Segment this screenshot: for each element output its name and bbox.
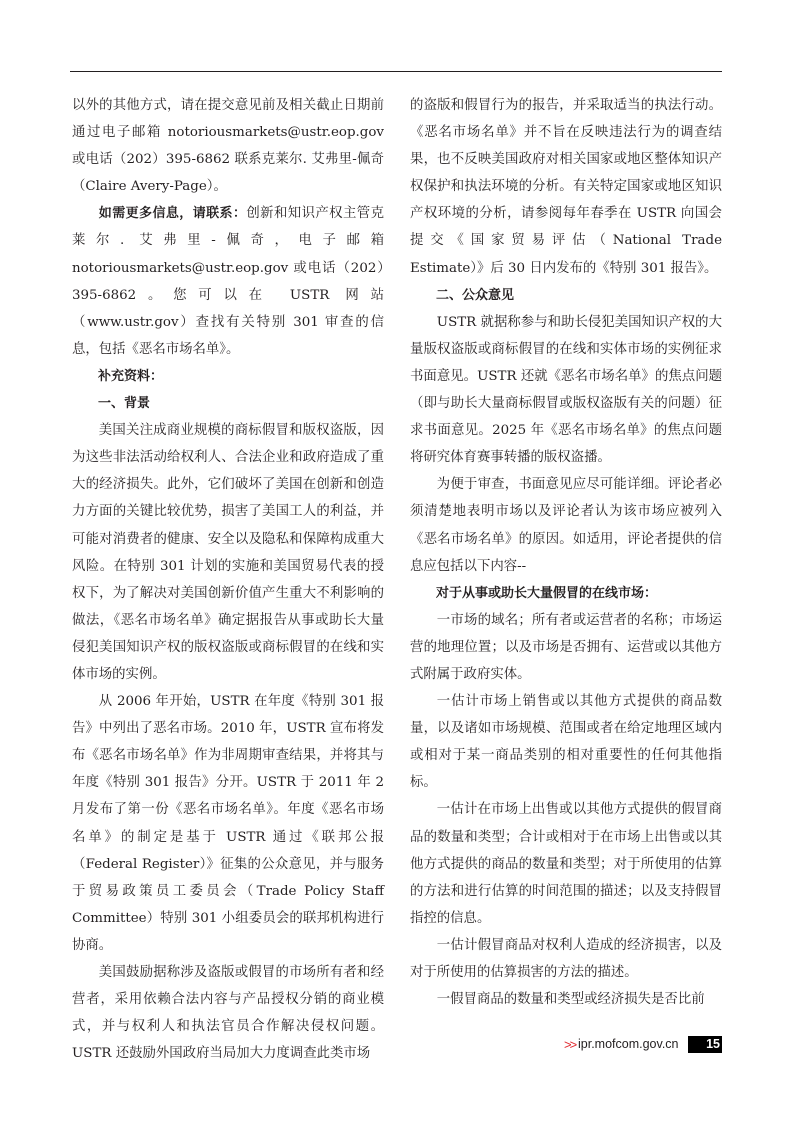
section-heading-public-comments: 二、公众意见 <box>410 282 722 309</box>
page-footer: >> ipr.mofcom.gov.cn 15 <box>0 1036 794 1053</box>
paragraph: 为便于审查，书面意见应尽可能详细。评论者必须清楚地表明市场以及评论者认为该市场应… <box>410 471 722 579</box>
contact-paragraph: 如需更多信息，请联系：创新和知识产权主管克莱尔. 艾弗里-佩奇，电子邮箱 not… <box>72 200 384 363</box>
paragraph: 的盗版和假冒行为的报告，并采取适当的执法行动。《恶名市场名单》并不旨在反映违法行… <box>410 92 722 282</box>
paragraph: 以外的其他方式，请在提交意见前及相关截止日期前通过电子邮箱 notoriousm… <box>72 92 384 200</box>
section-heading-supplement: 补充资料： <box>72 363 384 390</box>
section-heading-background: 一、背景 <box>72 390 384 417</box>
list-item: 一估计假冒商品对权利人造成的经济损害，以及对于所使用的估算损害的方法的描述。 <box>410 932 722 986</box>
header-rule <box>70 71 722 72</box>
paragraph: 美国关注成商业规模的商标假冒和版权盗版，因为这些非法活动给权利人、合法企业和政府… <box>72 417 384 688</box>
double-chevron-right-icon: >> <box>564 1036 575 1053</box>
list-item: 一估计市场上销售或以其他方式提供的商品数量，以及诸如市场规模、范围或者在给定地理… <box>410 688 722 796</box>
contact-label: 如需更多信息，请联系： <box>99 206 247 221</box>
contact-text: 创新和知识产权主管克莱尔. 艾弗里-佩奇，电子邮箱 notoriousmarke… <box>72 206 384 356</box>
right-column: 的盗版和假冒行为的报告，并采取适当的执法行动。《恶名市场名单》并不旨在反映违法行… <box>410 92 722 1013</box>
paragraph: USTR 就据称参与和助长侵犯美国知识产权的大量版权盗版或商标假冒的在线和实体市… <box>410 309 722 472</box>
page-number: 15 <box>688 1036 722 1053</box>
list-item: 一估计在市场上出售或以其他方式提供的假冒商品的数量和类型；合计或相对于在市场上出… <box>410 796 722 931</box>
list-item: 一市场的域名；所有者或运营者的名称；市场运营的地理位置；以及市场是否拥有、运营或… <box>410 607 722 688</box>
list-item: 一假冒商品的数量和类型或经济损失是否比前 <box>410 986 722 1013</box>
subheading-online-markets: 对于从事或助长大量假冒的在线市场： <box>410 580 722 607</box>
left-column: 以外的其他方式，请在提交意见前及相关截止日期前通过电子邮箱 notoriousm… <box>72 92 384 1067</box>
footer-website-link[interactable]: ipr.mofcom.gov.cn <box>578 1036 679 1053</box>
paragraph: 从 2006 年开始，USTR 在年度《特别 301 报告》中列出了恶名市场。2… <box>72 688 384 959</box>
